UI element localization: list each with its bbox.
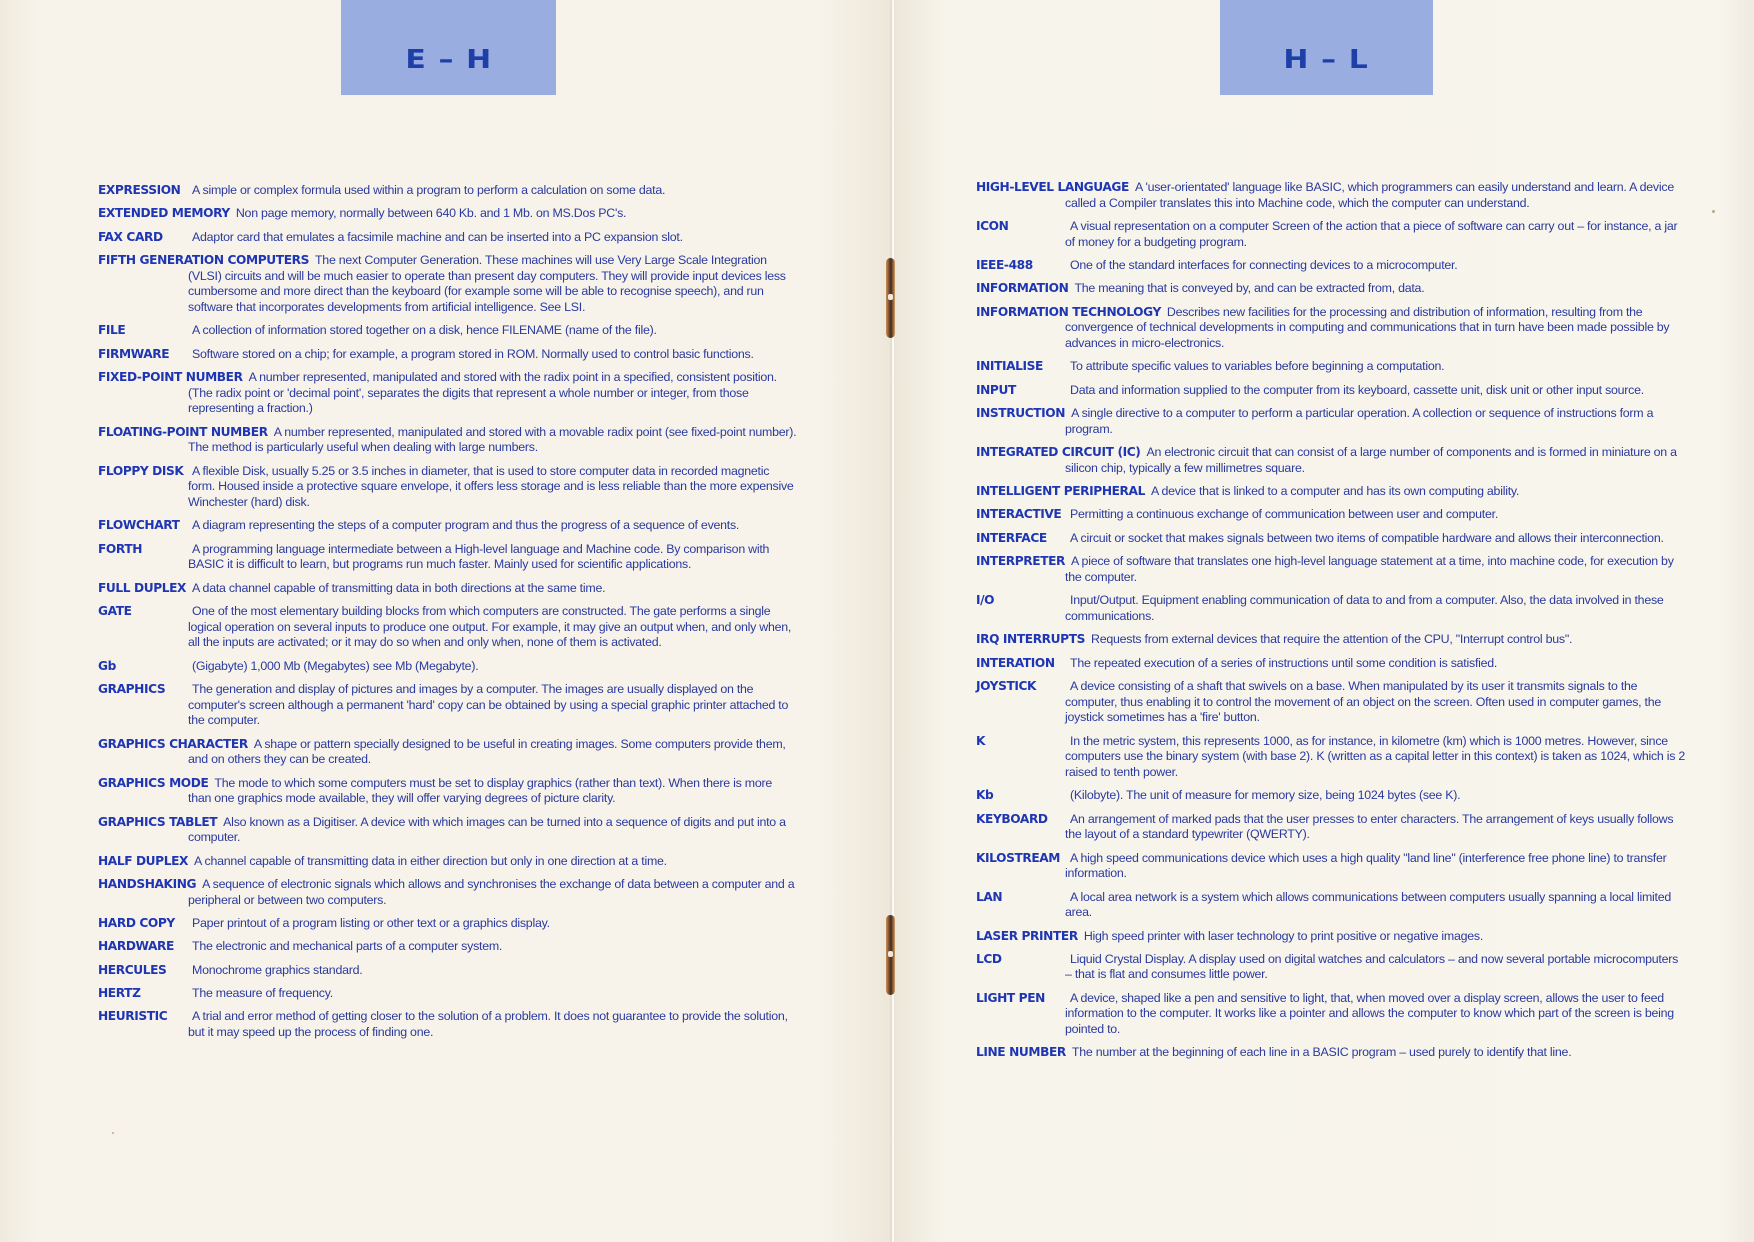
glossary-definition: Also known as a Digitiser. A device with…	[188, 815, 786, 845]
glossary-term: FIFTH GENERATION COMPUTERS	[98, 253, 309, 269]
glossary-term: FIXED-POINT NUMBER	[98, 370, 243, 386]
glossary-term: KILOSTREAM	[976, 851, 1064, 867]
glossary-term: INSTRUCTION	[976, 406, 1065, 422]
glossary-term: LINE NUMBER	[976, 1045, 1066, 1061]
glossary-definition: The meaning that is conveyed by, and can…	[1074, 281, 1424, 295]
glossary-definition: One of the standard interfaces for conne…	[1070, 258, 1457, 272]
glossary-definition: A trial and error method of getting clos…	[188, 1009, 788, 1039]
glossary-definition: Non page memory, normally between 640 Kb…	[236, 206, 626, 220]
glossary-entry: FLOWCHARTA diagram representing the step…	[98, 518, 798, 534]
glossary-entry: LIGHT PENA device, shaped like a pen and…	[976, 991, 1686, 1038]
glossary-term: INTERATION	[976, 656, 1064, 672]
glossary-entry: INTELLIGENT PERIPHERALA device that is l…	[976, 484, 1686, 500]
glossary-entry: LCDLiquid Crystal Display. A display use…	[976, 952, 1686, 983]
glossary-term: INPUT	[976, 383, 1064, 399]
glossary-definition: An arrangement of marked pads that the u…	[1065, 812, 1673, 842]
glossary-definition: An electronic circuit that can consist o…	[1065, 445, 1677, 475]
glossary-entry: INTEGRATED CIRCUIT (IC)An electronic cir…	[976, 445, 1686, 476]
glossary-entry: INITIALISETo attribute specific values t…	[976, 359, 1686, 375]
glossary-definition: One of the most elementary building bloc…	[188, 604, 791, 649]
glossary-definition: (Gigabyte) 1,000 Mb (Megabytes) see Mb (…	[192, 659, 478, 673]
glossary-term: HARD COPY	[98, 916, 186, 932]
glossary-definition: A simple or complex formula used within …	[192, 183, 665, 197]
glossary-entry: FLOATING-POINT NUMBERA number represente…	[98, 425, 798, 456]
glossary-entry: LINE NUMBERThe number at the beginning o…	[976, 1045, 1686, 1061]
glossary-term: LAN	[976, 890, 1064, 906]
glossary-entry: KEYBOARDAn arrangement of marked pads th…	[976, 812, 1686, 843]
glossary-entry: HIGH-LEVEL LANGUAGEA 'user-orientated' l…	[976, 180, 1686, 211]
glossary-term: HERCULES	[98, 963, 186, 979]
glossary-definition: Data and information supplied to the com…	[1070, 383, 1644, 397]
glossary-entry: FIRMWARESoftware stored on a chip; for e…	[98, 347, 798, 363]
glossary-definition: To attribute specific values to variable…	[1070, 359, 1444, 373]
glossary-entry: HARDWAREThe electronic and mechanical pa…	[98, 939, 798, 955]
glossary-entry: INTERATIONThe repeated execution of a se…	[976, 656, 1686, 672]
glossary-entry: Gb(Gigabyte) 1,000 Mb (Megabytes) see Mb…	[98, 659, 798, 675]
glossary-term: HERTZ	[98, 986, 186, 1002]
glossary-definition: A shape or pattern specially designed to…	[188, 737, 786, 767]
glossary-definition: In the metric system, this represents 10…	[1065, 734, 1685, 779]
section-tab-label: H – L	[1284, 45, 1370, 75]
glossary-definition: A diagram representing the steps of a co…	[192, 518, 739, 532]
glossary-term: INITIALISE	[976, 359, 1064, 375]
glossary-term: INFORMATION	[976, 281, 1068, 297]
glossary-entry: INFORMATION TECHNOLOGYDescribes new faci…	[976, 305, 1686, 352]
glossary-entry: ICONA visual representation on a compute…	[976, 219, 1686, 250]
glossary-entry: HANDSHAKINGA sequence of electronic sign…	[98, 877, 798, 908]
glossary-term: EXPRESSION	[98, 183, 186, 199]
glossary-term: GRAPHICS TABLET	[98, 815, 217, 831]
glossary-definition: Permitting a continuous exchange of comm…	[1070, 507, 1498, 521]
section-tab-label: E – H	[405, 45, 492, 75]
glossary-entry: INTERPRETERA piece of software that tran…	[976, 554, 1686, 585]
glossary-definition: A circuit or socket that makes signals b…	[1070, 531, 1664, 545]
glossary-definition: A 'user-orientated' language like BASIC,…	[1065, 180, 1674, 210]
glossary-definition: A device, shaped like a pen and sensitiv…	[1065, 991, 1674, 1036]
glossary-entry: INTERACTIVEPermitting a continuous excha…	[976, 507, 1686, 523]
glossary-entry: FIFTH GENERATION COMPUTERSThe next Compu…	[98, 253, 798, 315]
glossary-definition: A collection of information stored toget…	[192, 323, 657, 337]
glossary-term: GRAPHICS MODE	[98, 776, 208, 792]
glossary-term: Gb	[98, 659, 186, 675]
glossary-entry: HERCULESMonochrome graphics standard.	[98, 963, 798, 979]
glossary-term: I/O	[976, 593, 1064, 609]
glossary-term: LCD	[976, 952, 1064, 968]
glossary-definition: (Kilobyte). The unit of measure for memo…	[1070, 788, 1460, 802]
glossary-term: Kb	[976, 788, 1064, 804]
glossary-term: GRAPHICS CHARACTER	[98, 737, 248, 753]
glossary-term: INTERPRETER	[976, 554, 1065, 570]
glossary-definition: Adaptor card that emulates a facsimile m…	[192, 230, 683, 244]
glossary-term: GRAPHICS	[98, 682, 186, 698]
glossary-entry: FIXED-POINT NUMBERA number represented, …	[98, 370, 798, 417]
glossary-term: HALF DUPLEX	[98, 854, 188, 870]
glossary-entry: GRAPHICSThe generation and display of pi…	[98, 682, 798, 729]
glossary-entry: INFORMATIONThe meaning that is conveyed …	[976, 281, 1686, 297]
paper-speck	[112, 1132, 114, 1134]
glossary-term: KEYBOARD	[976, 812, 1064, 828]
glossary-entry: FAX CARDAdaptor card that emulates a fac…	[98, 230, 798, 246]
glossary-definition: A device consisting of a shaft that swiv…	[1065, 679, 1661, 724]
glossary-definition: A visual representation on a computer Sc…	[1065, 219, 1677, 249]
spine-fold	[892, 0, 894, 1242]
glossary-term: JOYSTICK	[976, 679, 1064, 695]
glossary-entry: HARD COPYPaper printout of a program lis…	[98, 916, 798, 932]
glossary-definition: The electronic and mechanical parts of a…	[192, 939, 502, 953]
glossary-definition: Software stored on a chip; for example, …	[192, 347, 754, 361]
glossary-definition: A data channel capable of transmitting d…	[192, 581, 605, 595]
glossary-entry: HERTZThe measure of frequency.	[98, 986, 798, 1002]
glossary-entry: EXTENDED MEMORYNon page memory, normally…	[98, 206, 798, 222]
glossary-term: INTERFACE	[976, 531, 1064, 547]
glossary-term: FLOPPY DISK	[98, 464, 186, 480]
glossary-definition: The repeated execution of a series of in…	[1070, 656, 1497, 670]
staple-icon	[886, 258, 895, 338]
glossary-entry: GRAPHICS CHARACTERA shape or pattern spe…	[98, 737, 798, 768]
glossary-entry: INTERFACEA circuit or socket that makes …	[976, 531, 1686, 547]
glossary-definition: Requests from external devices that requ…	[1091, 632, 1572, 646]
glossary-term: HIGH-LEVEL LANGUAGE	[976, 180, 1129, 196]
glossary-entry: LASER PRINTERHigh speed printer with las…	[976, 929, 1686, 945]
staple-icon	[886, 915, 895, 995]
glossary-entry: JOYSTICKA device consisting of a shaft t…	[976, 679, 1686, 726]
glossary-definition: A piece of software that translates one …	[1065, 554, 1674, 584]
glossary-term: ICON	[976, 219, 1064, 235]
glossary-entry: FILEA collection of information stored t…	[98, 323, 798, 339]
glossary-definition: A flexible Disk, usually 5.25 or 3.5 inc…	[188, 464, 794, 509]
section-tab-e-h: E – H	[341, 0, 556, 95]
glossary-definition: A channel capable of transmitting data i…	[194, 854, 667, 868]
glossary-entry: I/OInput/Output. Equipment enabling comm…	[976, 593, 1686, 624]
glossary-definition: Paper printout of a program listing or o…	[192, 916, 550, 930]
glossary-term: INTERACTIVE	[976, 507, 1064, 523]
glossary-definition: The measure of frequency.	[192, 986, 333, 1000]
glossary-entry: GRAPHICS TABLETAlso known as a Digitiser…	[98, 815, 798, 846]
glossary-definition: A single directive to a computer to perf…	[1065, 406, 1653, 436]
glossary-term: FLOWCHART	[98, 518, 186, 534]
paper-speck	[1712, 210, 1715, 213]
glossary-definition: Input/Output. Equipment enabling communi…	[1065, 593, 1664, 623]
glossary-term: HARDWARE	[98, 939, 186, 955]
glossary-entry: GRAPHICS MODEThe mode to which some comp…	[98, 776, 798, 807]
glossary-entry: INSTRUCTIONA single directive to a compu…	[976, 406, 1686, 437]
glossary-term: IRQ INTERRUPTS	[976, 632, 1085, 648]
glossary-term: HANDSHAKING	[98, 877, 196, 893]
glossary-definition: A high speed communications device which…	[1065, 851, 1667, 881]
glossary-definition: The mode to which some computers must be…	[188, 776, 772, 806]
glossary-definition: Liquid Crystal Display. A display used o…	[1065, 952, 1678, 982]
glossary-term: FLOATING-POINT NUMBER	[98, 425, 268, 441]
glossary-entry: FULL DUPLEXA data channel capable of tra…	[98, 581, 798, 597]
glossary-list-right: HIGH-LEVEL LANGUAGEA 'user-orientated' l…	[976, 180, 1686, 1069]
glossary-term: FIRMWARE	[98, 347, 186, 363]
glossary-entry: GATEOne of the most elementary building …	[98, 604, 798, 651]
glossary-term: INTELLIGENT PERIPHERAL	[976, 484, 1145, 500]
glossary-term: LASER PRINTER	[976, 929, 1078, 945]
glossary-term: FORTH	[98, 542, 186, 558]
glossary-entry: HEURISTICA trial and error method of get…	[98, 1009, 798, 1040]
glossary-entry: KILOSTREAMA high speed communications de…	[976, 851, 1686, 882]
glossary-term: K	[976, 734, 1064, 750]
glossary-definition: A programming language intermediate betw…	[188, 542, 769, 572]
glossary-definition: A local area network is a system which a…	[1065, 890, 1671, 920]
glossary-entry: EXPRESSIONA simple or complex formula us…	[98, 183, 798, 199]
glossary-definition: High speed printer with laser technology…	[1084, 929, 1483, 943]
glossary-term: LIGHT PEN	[976, 991, 1064, 1007]
glossary-entry: IRQ INTERRUPTSRequests from external dev…	[976, 632, 1686, 648]
glossary-term: FILE	[98, 323, 186, 339]
glossary-term: INFORMATION TECHNOLOGY	[976, 305, 1161, 321]
glossary-term: GATE	[98, 604, 186, 620]
glossary-entry: INPUTData and information supplied to th…	[976, 383, 1686, 399]
glossary-definition: A device that is linked to a computer an…	[1151, 484, 1519, 498]
glossary-term: EXTENDED MEMORY	[98, 206, 230, 222]
glossary-entry: Kb(Kilobyte). The unit of measure for me…	[976, 788, 1686, 804]
glossary-term: FAX CARD	[98, 230, 186, 246]
section-tab-h-l: H – L	[1220, 0, 1433, 95]
glossary-entry: FLOPPY DISKA flexible Disk, usually 5.25…	[98, 464, 798, 511]
glossary-list-left: EXPRESSIONA simple or complex formula us…	[98, 183, 798, 1048]
glossary-entry: FORTHA programming language intermediate…	[98, 542, 798, 573]
glossary-entry: LANA local area network is a system whic…	[976, 890, 1686, 921]
glossary-definition: A sequence of electronic signals which a…	[188, 877, 794, 907]
glossary-entry: IEEE-488One of the standard interfaces f…	[976, 258, 1686, 274]
glossary-definition: The generation and display of pictures a…	[188, 682, 788, 727]
glossary-definition: Monochrome graphics standard.	[192, 963, 362, 977]
glossary-entry: KIn the metric system, this represents 1…	[976, 734, 1686, 781]
glossary-definition: A number represented, manipulated and st…	[188, 425, 796, 455]
glossary-definition: The number at the beginning of each line…	[1072, 1045, 1571, 1059]
glossary-entry: HALF DUPLEXA channel capable of transmit…	[98, 854, 798, 870]
glossary-term: IEEE-488	[976, 258, 1064, 274]
glossary-definition: A number represented, manipulated and st…	[188, 370, 777, 415]
glossary-term: INTEGRATED CIRCUIT (IC)	[976, 445, 1140, 461]
glossary-term: HEURISTIC	[98, 1009, 186, 1025]
glossary-term: FULL DUPLEX	[98, 581, 186, 597]
